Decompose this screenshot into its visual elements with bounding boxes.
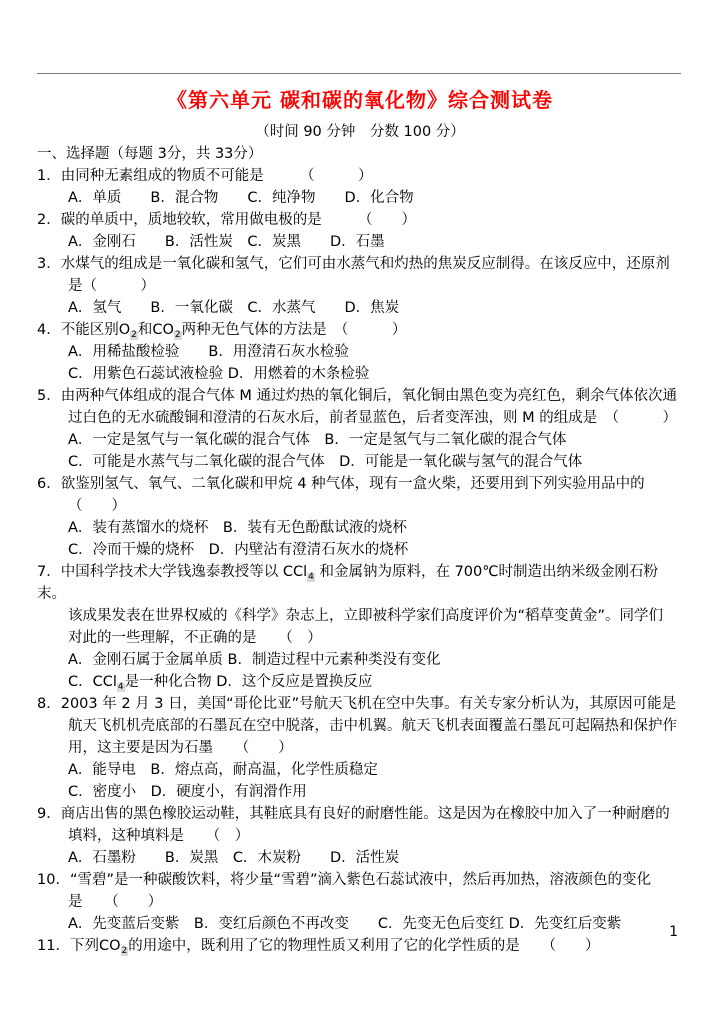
doc-title: 《第六单元 碳和碳的氧化物》综合测试卷 (37, 87, 683, 113)
question-9-line: 填料，这种填料是 （ ） (37, 825, 683, 847)
question-4-options: A．用稀盐酸检验 B．用澄清石灰水检验 (37, 341, 683, 363)
doc-subtitle: （时间 90 分钟 分数 100 分） (37, 121, 683, 143)
question-7-line: 对此的一些理解，不正确的是 （ ） (37, 627, 683, 649)
text-segment: 两种无色气体的方法是 （ ） (182, 322, 407, 338)
question-1-options: A．单质 B．混合物 C．纯净物 D．化合物 (37, 187, 683, 209)
question-7-line: 该成果发表在世界权威的《科学》杂志上，立即被科学家们高度评价为“稻草变黄金”。同… (37, 605, 683, 627)
question-8-options: C．密度小 D．硬度小，有润滑作用 (37, 781, 683, 803)
subscript-text: 4 (117, 683, 125, 692)
questions-list: 1．由同种无素组成的物质不可能是 （ ）A．单质 B．混合物 C．纯净物 D．化… (37, 165, 683, 957)
subscript-text: 2 (130, 331, 138, 340)
question-11-line: 11．下列CO2的用途中，既利用了它的物理性质又利用了它的化学性质的是 （ ） (37, 935, 683, 957)
question-3-line: 3．水煤气的组成是一氧化碳和氢气，它们可由水蒸气和灼热的焦炭反应制得。在该反应中… (37, 253, 683, 275)
question-5-line: 5．由两种气体组成的混合气体 M 通过灼热的氧化铜后，氧化铜由黑色变为亮红色，剩… (37, 385, 683, 407)
question-5-line: 过白色的无水硫酸铜和澄清的石灰水后，前者显蓝色，后者变浑浊，则 M 的组成是 （… (37, 407, 683, 429)
question-3-line: 是（ ） (37, 275, 683, 297)
question-3-options: A．氢气 B．一氧化碳 C．水蒸气 D．焦炭 (37, 297, 683, 319)
question-7-options: C．CCl4是一种化合物 D．这个反应是置换反应 (37, 671, 683, 693)
question-5-options: C．可能是水蒸气与二氧化碳的混合气体 D．可能是一氧化碳与氢气的混合气体 (37, 451, 683, 473)
document-content: 《第六单元 碳和碳的氧化物》综合测试卷 （时间 90 分钟 分数 100 分） … (37, 80, 683, 957)
text-segment: 11．下列CO (37, 938, 121, 954)
subscript-text: 4 (307, 573, 315, 582)
question-8-line: 用，这主要是因为石墨 （ ） (37, 737, 683, 759)
text-segment: C．CCl (68, 674, 117, 690)
question-4-line: 4．不能区别O2和CO2两种无色气体的方法是 （ ） (37, 319, 683, 341)
question-10-line: 是 （ ） (37, 891, 683, 913)
question-8-line: 8．2003 年 2 月 3 日，美国“哥伦比亚”号航天飞机在空中失事。有关专家… (37, 693, 683, 715)
question-4-options: C．用紫色石蕊试液检验 D．用燃着的木条检验 (37, 363, 683, 385)
question-10-options: A．先变蓝后变紫 B．变红后颜色不再改变 C．先变无色后变红 D．先变红后变紫 (37, 913, 683, 935)
text-segment: 4．不能区别O (37, 322, 130, 338)
question-9-options: A．石墨粉 B．炭黑 C．木炭粉 D．活性炭 (37, 847, 683, 869)
subscript-text: 2 (174, 331, 182, 340)
question-7-line: 7．中国科学技术大学钱逸泰教授等以 CCl4 和金属钠为原料，在 700℃时制造… (37, 561, 683, 605)
question-8-line: 航天飞机机壳底部的石墨瓦在空中脱落，击中机翼。航天飞机表面覆盖石墨瓦可起隔热和保… (37, 715, 683, 737)
question-5-options: A．一定是氢气与一氧化碳的混合气体 B．一定是氢气与二氧化碳的混合气体 (37, 429, 683, 451)
question-7-options: A．金刚石属于金属单质 B．制造过程中元素种类没有变化 (37, 649, 683, 671)
text-segment: 7．中国科学技术大学钱逸泰教授等以 CCl (37, 564, 307, 580)
page-number: 1 (669, 921, 678, 943)
question-2-options: A．金刚石 B．活性炭 C．炭黑 D．石墨 (37, 231, 683, 253)
question-6-options: A．装有蒸馏水的烧杯 B．装有无色酚酞试液的烧杯 (37, 517, 683, 539)
question-10-line: 10．“雪碧”是一种碳酸饮料，将少量“雪碧”滴入紫色石蕊试液中，然后再加热，溶液… (37, 869, 683, 891)
text-segment: 的用途中，既利用了它的物理性质又利用了它的化学性质的是 （ ） (128, 938, 599, 954)
text-segment: 和CO (138, 322, 174, 338)
header-rule (37, 73, 681, 74)
question-2-line: 2．碳的单质中，质地较软，常用做电极的是 （ ） (37, 209, 683, 231)
question-6-options: C．冷而干燥的烧杯 D．内壁沾有澄清石灰水的烧杯 (37, 539, 683, 561)
question-6-line: （ ） (37, 495, 683, 517)
text-segment: 是一种化合物 D．这个反应是置换反应 (125, 674, 373, 690)
question-1-line: 1．由同种无素组成的物质不可能是 （ ） (37, 165, 683, 187)
question-8-options: A．能导电 B．熔点高，耐高温，化学性质稳定 (37, 759, 683, 781)
question-6-line: 6．欲鉴别氢气、氧气、二氧化碳和甲烷 4 种气体，现有一盒火柴，还要用到下列实验… (37, 473, 683, 495)
section-heading: 一、选择题（每题 3分，共 33分） (37, 143, 683, 165)
question-9-line: 9．商店出售的黑色橡胶运动鞋，其鞋底具有良好的耐磨性能。这是因为在橡胶中加入了一… (37, 803, 683, 825)
